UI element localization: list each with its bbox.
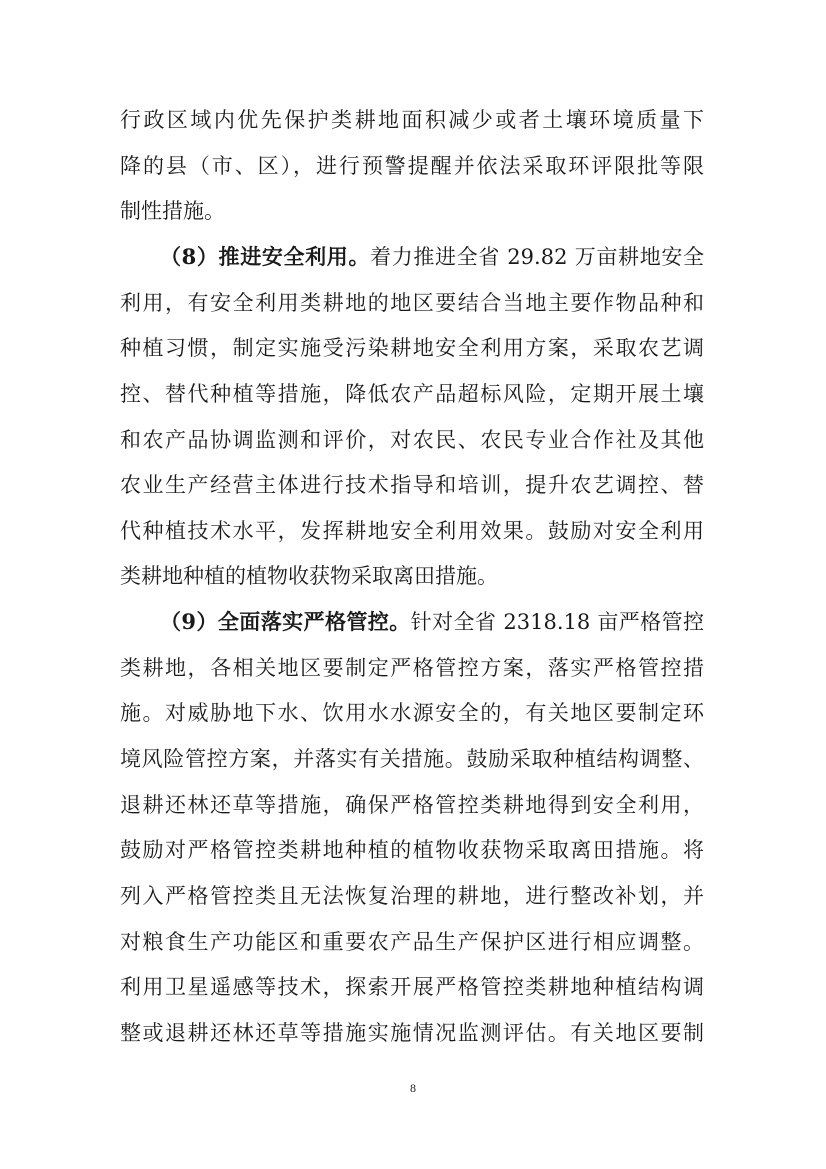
paragraph-1-line-3: 制性措施。 (120, 196, 704, 226)
page-number: 8 (0, 1081, 826, 1096)
paragraph-2-line-6: 农业生产经营主体进行技术指导和培训，提升农艺调控、替 (120, 470, 704, 500)
paragraph-3-line-10: 整或退耕还林还草等措施实施情况监测评估。有关地区要制 (120, 1018, 704, 1048)
paragraph-3-line-5: 退耕还林还草等措施，确保严格管控类耕地得到安全利用， (120, 790, 704, 820)
paragraph-3-first-line-text: 针对全省 2318.18 亩严格管控 (411, 610, 704, 634)
paragraph-3-line-8: 对粮食生产功能区和重要农产品生产保护区进行相应调整。 (120, 927, 704, 957)
paragraph-3-line-9: 利用卫星遥感等技术，探索开展严格管控类耕地种植结构调 (120, 972, 704, 1002)
paragraph-2-line-8: 类耕地种植的植物收获物采取离田措施。 (120, 561, 704, 591)
paragraph-2-line-2: 利用，有安全利用类耕地的地区要结合当地主要作物品种和 (120, 288, 704, 318)
paragraph-2-line-3: 种植习惯，制定实施受污染耕地安全利用方案，采取农艺调 (120, 333, 704, 363)
section-heading-9: （9）全面落实严格管控。 (160, 609, 411, 634)
paragraph-3-line-7: 列入严格管控类且无法恢复治理的耕地，进行整改补划，并 (120, 881, 704, 911)
paragraph-2-first-line-text: 着力推进全省 29.82 万亩耕地安全 (370, 245, 704, 269)
paragraph-3-line-4: 境风险管控方案，并落实有关措施。鼓励采取种植结构调整、 (120, 744, 704, 774)
paragraph-3-first-line: （9）全面落实严格管控。针对全省 2318.18 亩严格管控 (160, 607, 704, 637)
document-page: 行政区域内优先保护类耕地面积减少或者土壤环境质量下 降的县（市、区），进行预警提… (0, 0, 826, 1169)
paragraph-1-line-2: 降的县（市、区），进行预警提醒并依法采取环评限批等限 (120, 151, 704, 181)
paragraph-2-line-5: 和农产品协调监测和评价，对农民、农民专业合作社及其他 (120, 425, 704, 455)
paragraph-3-line-6: 鼓励对严格管控类耕地种植的植物收获物采取离田措施。将 (120, 835, 704, 865)
paragraph-1-line-1: 行政区域内优先保护类耕地面积减少或者土壤环境质量下 (120, 105, 704, 135)
section-heading-8: （8）推进安全利用。 (160, 244, 370, 269)
paragraph-3-line-2: 类耕地，各相关地区要制定严格管控方案，落实严格管控措 (120, 653, 704, 683)
paragraph-2-first-line: （8）推进安全利用。着力推进全省 29.82 万亩耕地安全 (160, 242, 704, 272)
paragraph-3-line-3: 施。对威胁地下水、饮用水水源安全的，有关地区要制定环 (120, 698, 704, 728)
paragraph-2-line-7: 代种植技术水平，发挥耕地安全利用效果。鼓励对安全利用 (120, 516, 704, 546)
paragraph-2-line-4: 控、替代种植等措施，降低农产品超标风险，定期开展土壤 (120, 379, 704, 409)
